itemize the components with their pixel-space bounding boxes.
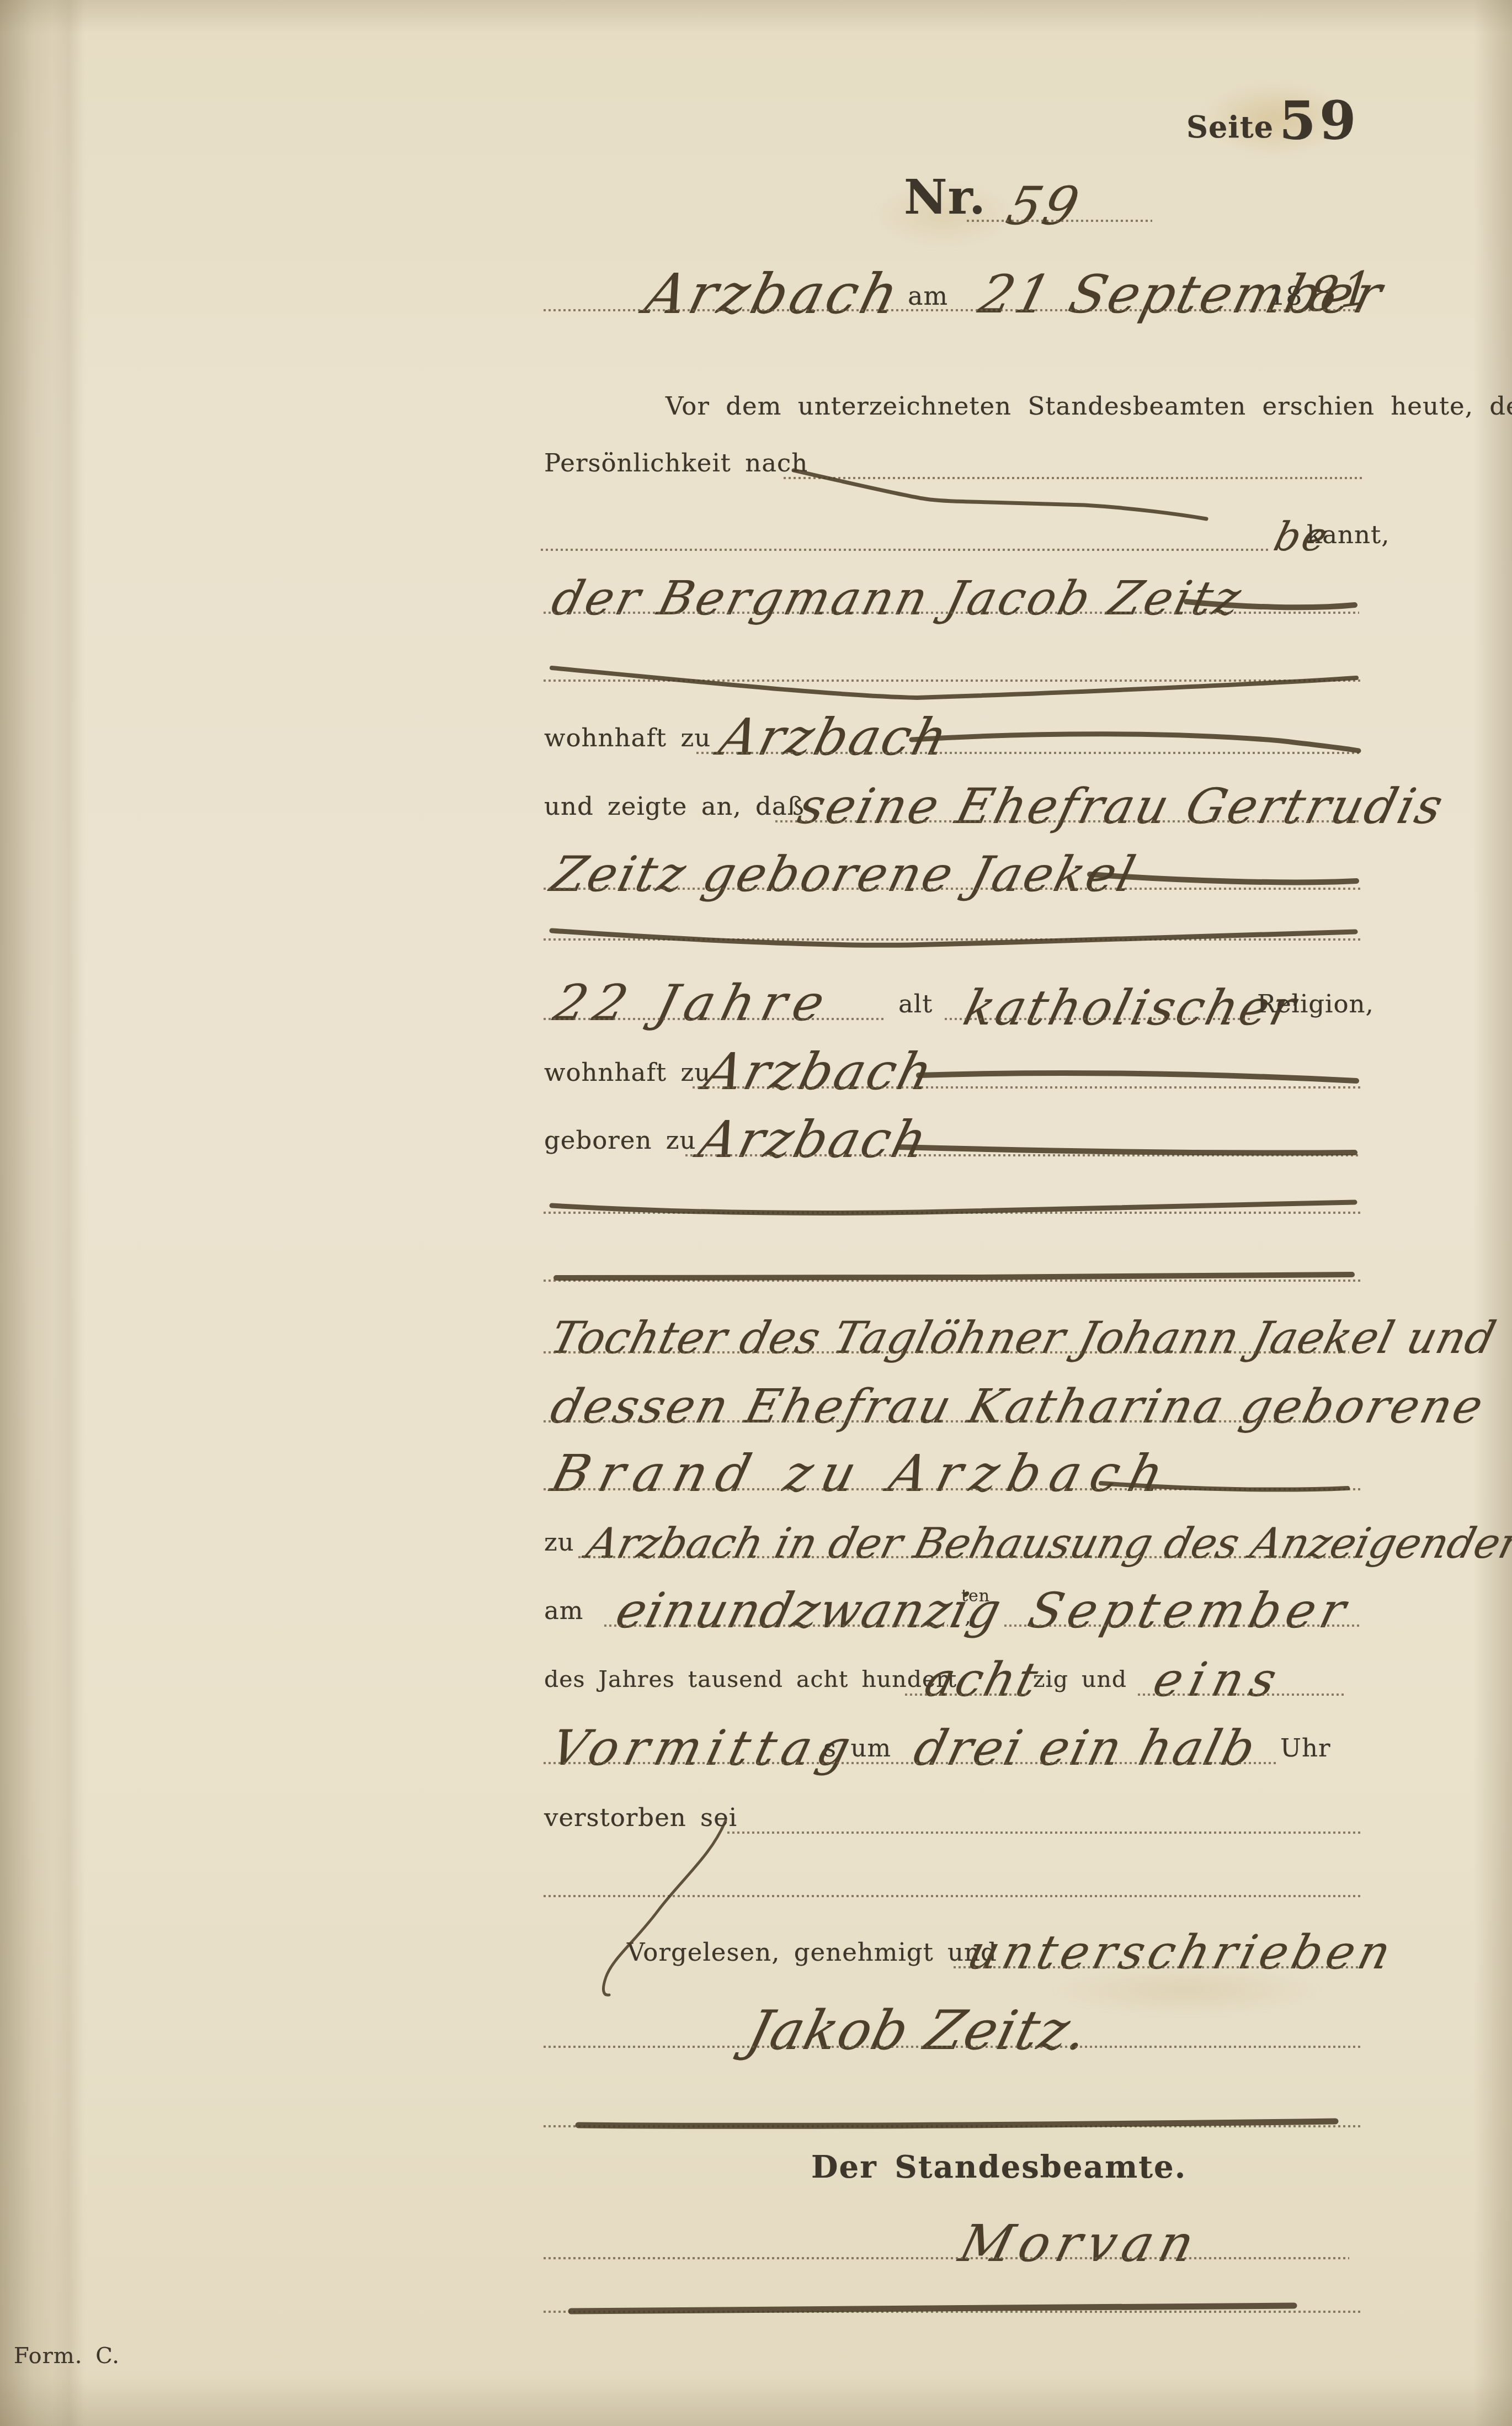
page-label: Seite	[1186, 112, 1274, 142]
residence1-value: Arzbach	[715, 712, 954, 763]
intro-line-2: Persönlichkeit nach	[544, 450, 808, 475]
blank-line-strike-2	[552, 931, 1355, 945]
report-value: seine Ehefrau Gertrudis	[794, 782, 1450, 831]
residence1-label: wohnhaft zu	[544, 725, 711, 750]
page-number: 59	[1279, 94, 1360, 147]
page-fold-shadow	[52, 0, 86, 2426]
bekannt-printed-part: kannt,	[1307, 522, 1389, 547]
page-bottom-edge-shadow	[0, 2376, 1512, 2426]
page-top-edge-shadow	[0, 0, 1512, 33]
year-script-suffix: 81	[1306, 264, 1376, 320]
residence1-line-end-stroke	[912, 734, 1359, 751]
closing-label: Vorgelesen, genehmigt und	[627, 1940, 997, 1965]
blank-rule-1	[544, 680, 1360, 682]
residence2-line-end-stroke	[919, 1073, 1356, 1081]
statement-underline	[727, 1832, 1360, 1834]
ordinal-suffix: ten	[961, 1588, 990, 1605]
blank-rule-6	[544, 2125, 1360, 2127]
birthplace-line-end-stroke	[898, 1147, 1355, 1153]
blank-line-strike-3	[552, 1202, 1355, 1213]
death-time-value: drei ein halb	[909, 1724, 1262, 1772]
form-note: Form. C.	[14, 2345, 120, 2367]
printed-am-label: am	[908, 283, 948, 309]
page-left-edge-shadow	[0, 0, 83, 2426]
death-day-value: einundzwanzig	[611, 1586, 1007, 1635]
identity-blank-underline	[784, 477, 1363, 479]
blank-rule-4	[544, 1280, 1360, 1282]
blank-rule-5	[544, 1895, 1360, 1897]
death-year-mid-label: zig und	[1033, 1668, 1127, 1691]
record-number-value: 59	[1002, 181, 1086, 233]
death-place-value: Arzbach in der Behausung des Anzeigenden	[583, 1522, 1512, 1564]
alt-label: alt	[898, 991, 933, 1016]
parents-line-3: Brand zu Arzbach	[546, 1448, 1178, 1499]
death-day-label: am	[544, 1598, 584, 1623]
report-label: und zeigte an, daß	[544, 794, 805, 819]
declarant-description: der Bergmann Jacob Zeitz	[547, 575, 1248, 622]
death-time-mid-label: s um	[823, 1735, 891, 1760]
registrar-signature-underline	[544, 2257, 1349, 2259]
registrar-signature: Morvan	[955, 2218, 1206, 2269]
identity-blank-strikethrough	[794, 470, 1206, 519]
blank-rule-7	[544, 2311, 1360, 2313]
identity-blank-underline-2	[541, 549, 1270, 551]
intro-line-1: Vor dem unterzeichneten Standesbeamten e…	[666, 394, 1512, 418]
uhr-label: Uhr	[1280, 1735, 1330, 1760]
declarant-signature: Jakob Zeitz.	[742, 2004, 1094, 2058]
year-printed-prefix: 18	[1269, 283, 1303, 309]
death-year-ones: eins	[1149, 1657, 1289, 1703]
death-year-tens: acht	[920, 1657, 1044, 1703]
death-time-daypart: Vormittag	[546, 1724, 862, 1772]
residence2-label: wohnhaft zu	[544, 1060, 711, 1085]
deceased-statement: verstorben sei	[544, 1805, 737, 1830]
death-year-label: des Jahres tausend acht hundert	[544, 1668, 957, 1691]
death-month-value: September	[1024, 1586, 1356, 1635]
blank-line-strike-5	[578, 2121, 1335, 2126]
registration-place: Arzbach	[640, 267, 907, 322]
deceased-name: Zeitz geborene Jaekel	[546, 850, 1142, 899]
deceased-religion: katholischer	[959, 984, 1302, 1032]
death-place-label: zu	[544, 1530, 574, 1554]
residence2-value: Arzbach	[700, 1047, 939, 1097]
statement-flourish-stroke	[603, 1820, 726, 1995]
registrar-label: Der Standesbeamte.	[811, 2152, 1186, 2183]
ordinal-mark: „	[965, 1607, 976, 1627]
blank-rule-3	[544, 1212, 1360, 1214]
deceased-age: 22 Jahre	[549, 979, 837, 1028]
blank-rule-2	[544, 938, 1360, 941]
page-right-edge-shadow	[1473, 0, 1512, 2426]
blank-line-strike-1	[552, 668, 1356, 698]
closing-manner: unterschrieben	[963, 1929, 1399, 1976]
parents-line-1: Tochter des Taglöhner Johann Jaekel und	[546, 1316, 1500, 1360]
birthplace-value: Arzbach	[694, 1114, 934, 1165]
birthplace-label: geboren zu	[544, 1128, 696, 1153]
document-page: Seite 59 Nr. 59 Arzbach am 21 September …	[0, 0, 1512, 2426]
record-number-label: Nr.	[904, 174, 986, 221]
religion-label: Religion,	[1257, 991, 1374, 1016]
blank-line-strike-6	[571, 2306, 1294, 2311]
parents-line-2: dessen Ehefrau Katharina geborene	[546, 1383, 1489, 1430]
blank-line-strike-4	[556, 1275, 1352, 1278]
